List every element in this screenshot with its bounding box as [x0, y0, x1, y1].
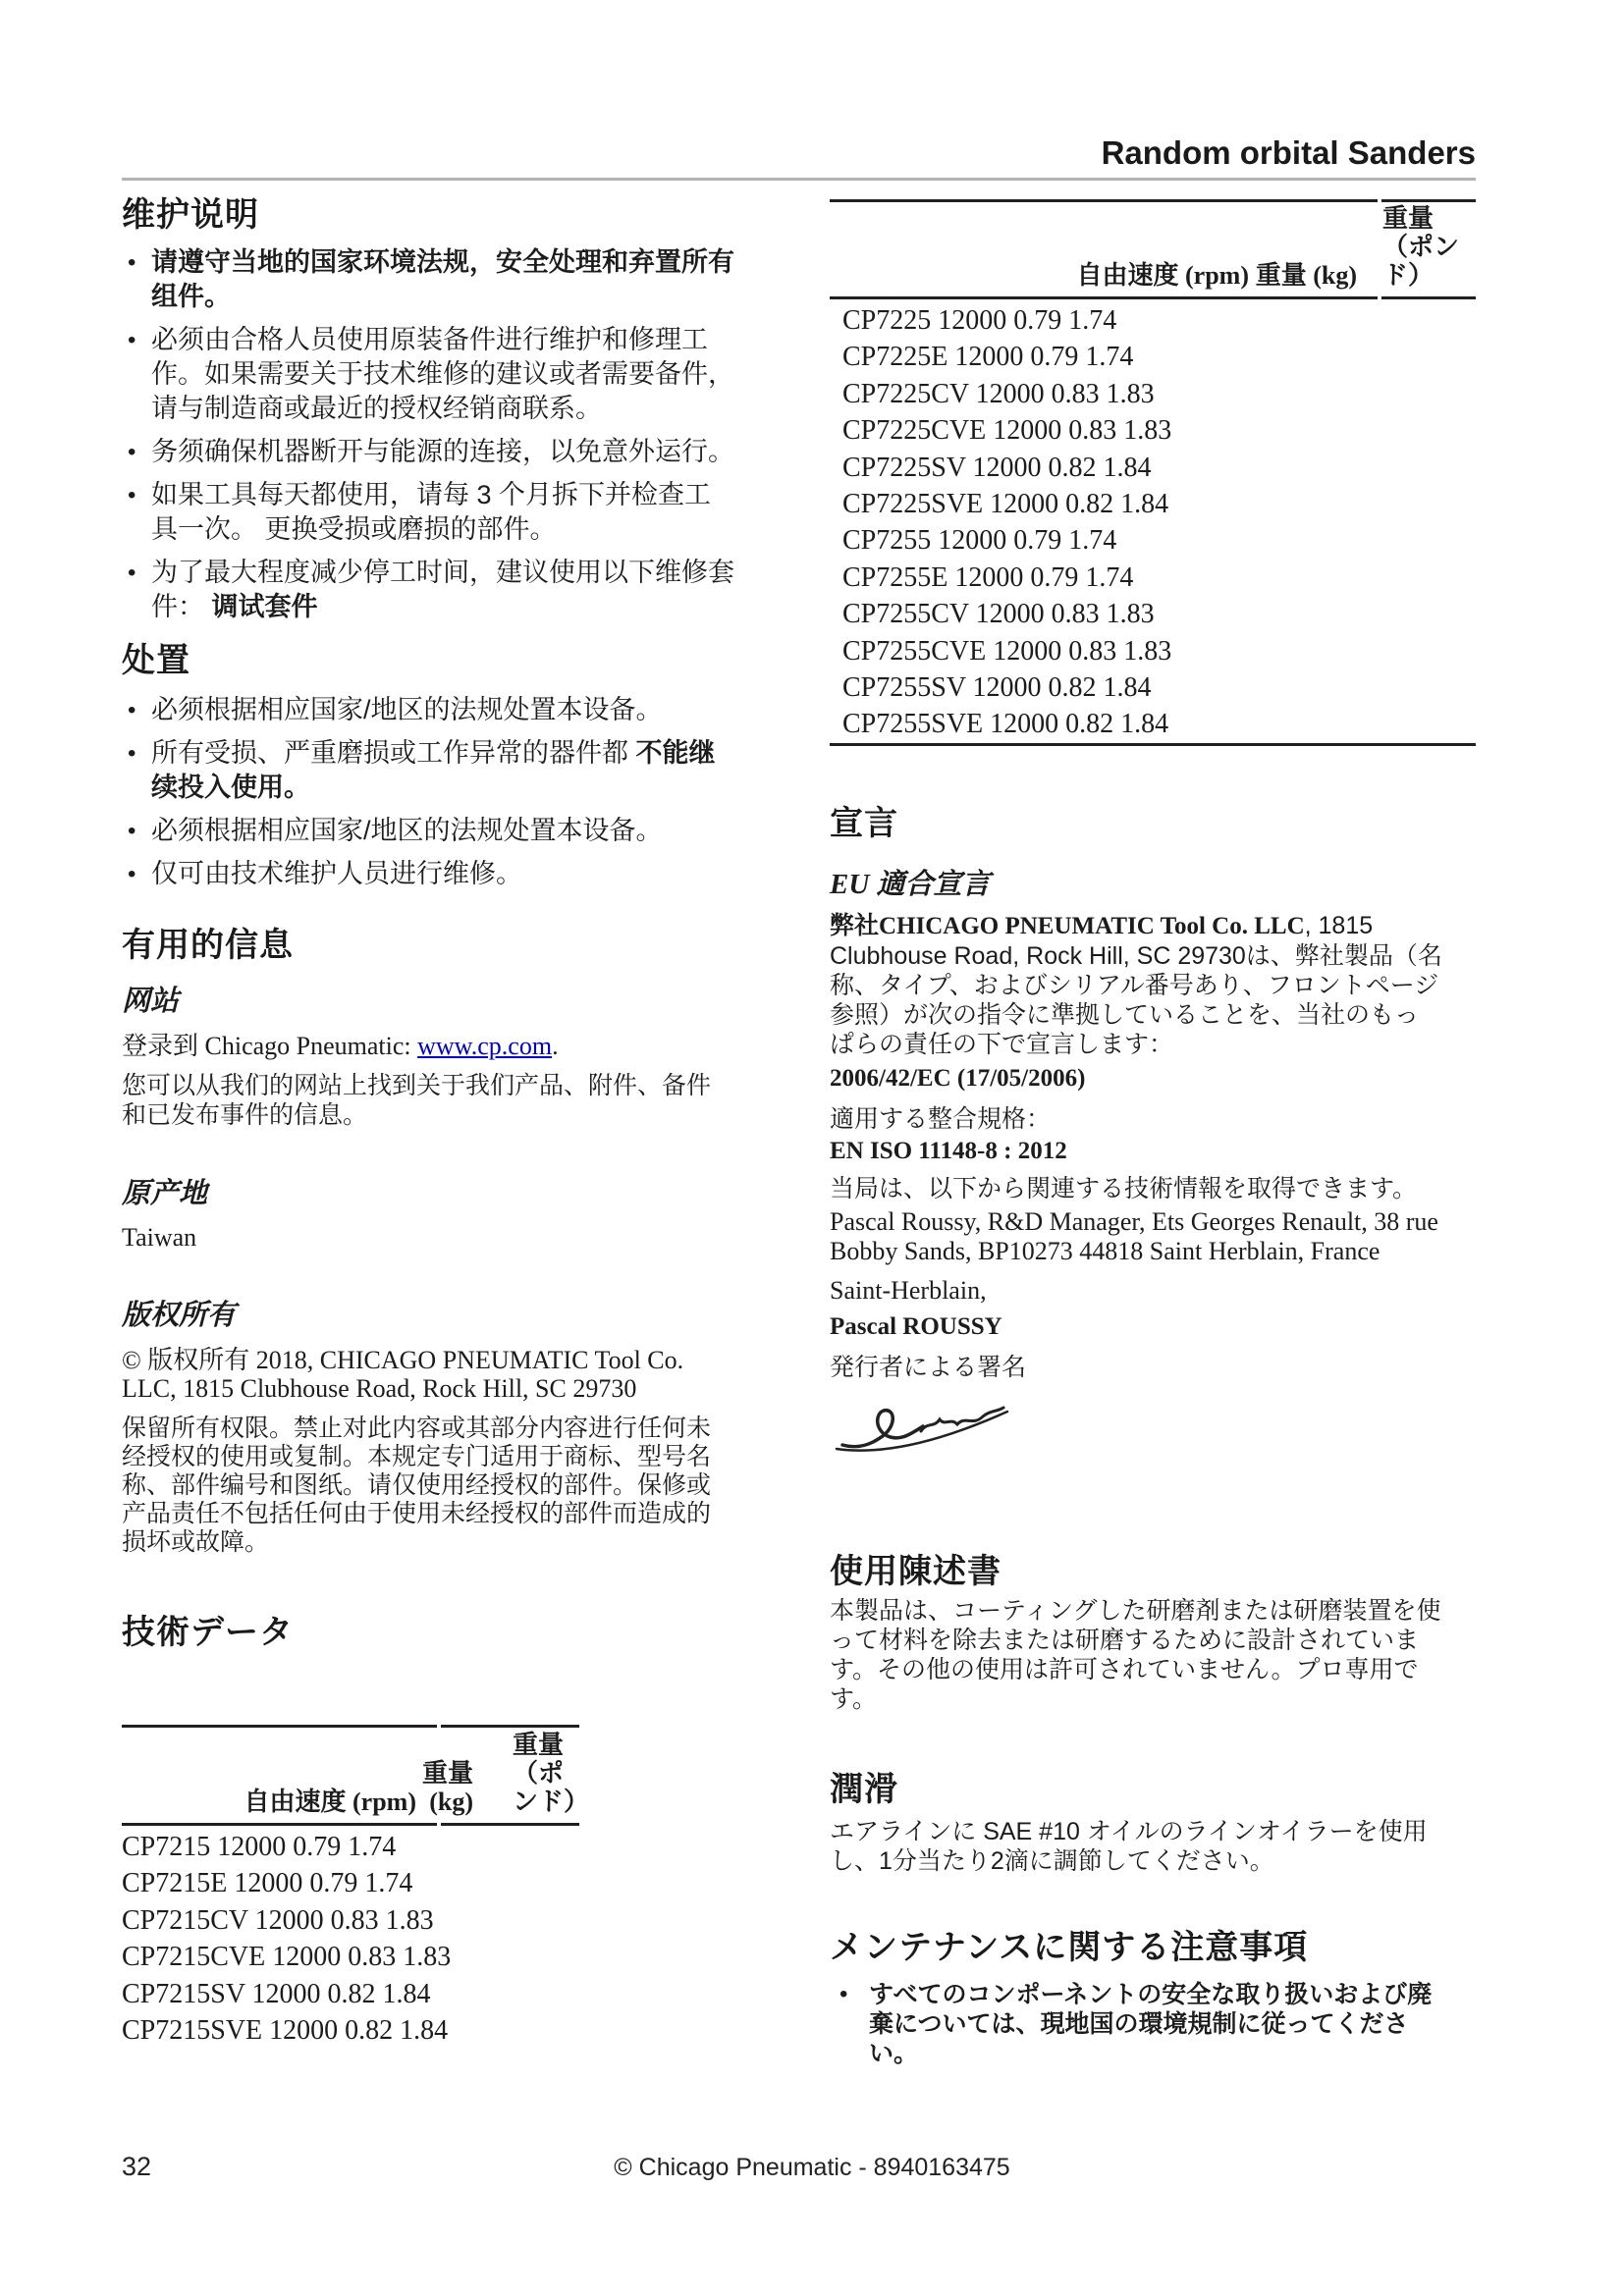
- list-item: 仅可由技术维护人员进行维修。: [122, 857, 734, 891]
- table-body: CP7215 12000 0.79 1.74 CP7215E 12000 0.7…: [122, 1826, 579, 2049]
- tech-table-right: 自由速度 (rpm) 重量 (kg) 重量（ポンド） CP7225 12000 …: [830, 199, 1476, 746]
- lubrication-body: エアラインに SAE #10 オイルのラインオイラーを使用し、1分当たり2滴に調…: [830, 1817, 1442, 1876]
- subsection-title-origin: 原产地: [122, 1179, 207, 1210]
- table-row: CP7225SVE 12000 0.82 1.84: [842, 486, 1476, 522]
- subsection-title-website: 网站: [122, 987, 179, 1018]
- list-item: 必须根据相应国家/地区的法规处置本设备。: [122, 693, 734, 727]
- bullet-text: 请遵守当地的国家环境法规，安全处理和弃置所有组件。: [151, 247, 734, 311]
- section-title-maintenance-notes: メンテナンスに関する注意事項: [830, 1930, 1308, 1966]
- contact-info: Pascal Roussy, R&D Manager, Ets Georges …: [830, 1207, 1442, 1266]
- table-row: CP7215SVE 12000 0.82 1.84: [122, 2012, 579, 2049]
- copyright-body: 保留所有权限。禁止对此内容或其部分内容进行任何未经授权的使用或复制。本规定专门适…: [122, 1415, 734, 1557]
- directive-number: 2006/42/EC (17/05/2006): [830, 1064, 1085, 1094]
- section-title-useful-info: 有用的信息: [122, 928, 294, 964]
- column-header-weight-kg: 重量 (kg): [1249, 261, 1357, 290]
- bullet-text: 必须根据相应国家/地区的法规处置本设备。: [151, 816, 663, 845]
- copyright-line: © 版权所有 2018, CHICAGO PNEUMATIC Tool Co. …: [122, 1346, 734, 1403]
- website-line: 登录到 Chicago Pneumatic: www.cp.com.: [122, 1032, 734, 1061]
- bullet-text: 务须确保机器断开与能源的连接，以免意外运行。: [151, 437, 734, 466]
- bullet-text: 如果工具每天都使用，请每 3 个月拆下并检查工具一次。 更换受损或磨损的部件。: [151, 480, 711, 544]
- table-row: CP7215SV 12000 0.82 1.84: [122, 1976, 579, 2012]
- table-header-row: 自由速度 (rpm) 重量 (kg) 重量（ポンド）: [122, 1728, 579, 1823]
- table-row: CP7255SV 12000 0.82 1.84: [842, 669, 1476, 706]
- manual-page: Random orbital Sanders 维护说明 请遵守当地的国家环境法规…: [0, 0, 1624, 2296]
- table-row: CP7255CVE 12000 0.83 1.83: [842, 633, 1476, 669]
- maintenance-notes-bullet-list: すべてのコンポーネントの安全な取り扱いおよび廃棄については、現地国の環境規制に従…: [830, 1980, 1442, 2077]
- list-item: 请遵守当地的国家环境法规，安全处理和弃置所有组件。: [122, 245, 734, 314]
- list-item: 必须由合格人员使用原装备件进行维护和修理工作。如果需要关于技术维修的建议或者需要…: [122, 323, 734, 426]
- cp-website-link[interactable]: www.cp.com: [417, 1032, 552, 1060]
- table-bottom-border: [830, 743, 1476, 746]
- table-row: CP7225SV 12000 0.82 1.84: [842, 450, 1476, 486]
- column-header-weight-lb: 重量（ポンド）: [1382, 204, 1476, 290]
- table-row: CP7255CV 12000 0.83 1.83: [842, 596, 1476, 632]
- column-header-free-speed: 自由速度 (rpm): [830, 261, 1249, 290]
- origin-value: Taiwan: [122, 1223, 196, 1253]
- column-header-weight-kg: 重量 (kg): [412, 1759, 473, 1816]
- section-title-lubrication: 潤滑: [830, 1772, 898, 1808]
- place-line: Saint-Herblain,: [830, 1276, 987, 1306]
- list-item: すべてのコンポーネントの安全な取り扱いおよび廃棄については、現地国の環境規制に従…: [830, 1980, 1442, 2068]
- section-title-tech-data: 技術データ: [122, 1615, 294, 1651]
- subsection-title-eu-declaration: EU 適合宣言: [830, 870, 991, 901]
- table-header-rule: [830, 296, 1476, 299]
- bullet-text-bold: 调试套件: [212, 592, 318, 621]
- signature-caption: 発行者による署名: [830, 1353, 1442, 1382]
- table-row: CP7255SVE 12000 0.82 1.84: [842, 706, 1476, 742]
- harmonized-standard: EN ISO 11148-8 : 2012: [830, 1137, 1067, 1166]
- website-suffix: .: [552, 1032, 559, 1060]
- list-item: 为了最大程度减少停工时间，建议使用以下维修套件： 调试套件: [122, 556, 734, 624]
- table-row: CP7255 12000 0.79 1.74: [842, 522, 1476, 559]
- table-row: CP7225CVE 12000 0.83 1.83: [842, 412, 1476, 449]
- subsection-title-copyright: 版权所有: [122, 1301, 236, 1332]
- disposal-bullet-list: 必须根据相应国家/地区的法规处置本设备。 所有受损、严重磨损或工作异常的器件都 …: [122, 693, 734, 900]
- table-header-row: 自由速度 (rpm) 重量 (kg) 重量（ポンド）: [830, 202, 1476, 296]
- bullet-text: すべてのコンポーネントの安全な取り扱いおよび廃棄については、現地国の環境規制に従…: [869, 1981, 1432, 2067]
- table-row: CP7215CV 12000 0.83 1.83: [122, 1902, 579, 1939]
- bullet-text: 必须由合格人员使用原装备件进行维护和修理工作。如果需要关于技术维修的建议或者需要…: [151, 325, 734, 423]
- tech-info-line: 当局は、以下から関連する技術情報を取得できます。: [830, 1174, 1442, 1203]
- column-header-weight-lb: 重量（ポンド）: [513, 1731, 581, 1816]
- table-row: CP7225E 12000 0.79 1.74: [842, 339, 1476, 375]
- maintenance-bullet-list: 请遵守当地的国家环境法规，安全处理和弃置所有组件。 必须由合格人员使用原装备件进…: [122, 245, 734, 633]
- table-header-rule: [122, 1823, 579, 1826]
- bullet-text: 所有受损、严重磨损或工作异常的器件都: [151, 738, 636, 768]
- list-item: 务须确保机器断开与能源的连接，以免意外运行。: [122, 435, 734, 469]
- list-item: 必须根据相应国家/地区的法规处置本设备。: [122, 814, 734, 848]
- section-title-maintenance: 维护说明: [122, 197, 259, 234]
- statement-body: 本製品は、コーティングした研磨剤または研磨装置を使って材料を除去または研磨するた…: [830, 1596, 1442, 1714]
- website-prefix: 登录到 Chicago Pneumatic:: [122, 1032, 417, 1060]
- list-item: 所有受损、严重磨损或工作异常的器件都 不能继续投入使用。: [122, 736, 734, 805]
- table-row: CP7215CVE 12000 0.83 1.83: [122, 1939, 579, 1975]
- table-row: CP7215 12000 0.79 1.74: [122, 1829, 579, 1865]
- website-description: 您可以从我们的网站上找到关于我们产品、附件、备件和已发布事件的信息。: [122, 1071, 734, 1130]
- eu-declaration-body: 弊社CHICAGO PNEUMATIC Tool Co. LLC, 1815 C…: [830, 911, 1442, 1059]
- tech-table-left: 自由速度 (rpm) 重量 (kg) 重量（ポンド） CP7215 12000 …: [122, 1725, 579, 2049]
- footer-copyright: © Chicago Pneumatic - 8940163475: [0, 2154, 1624, 2182]
- section-title-statement-of-use: 使用陳述書: [830, 1554, 1001, 1590]
- table-row: CP7255E 12000 0.79 1.74: [842, 560, 1476, 596]
- company-name-bold: 弊社CHICAGO PNEUMATIC Tool Co. LLC: [830, 913, 1305, 939]
- bullet-text: 必须根据相应国家/地区的法规处置本设备。: [151, 695, 663, 724]
- column-header-free-speed: 自由速度 (rpm): [122, 1788, 416, 1816]
- section-title-declaration: 宣言: [830, 806, 898, 842]
- table-body: CP7225 12000 0.79 1.74 CP7225E 12000 0.7…: [830, 299, 1476, 743]
- signature-image: [835, 1392, 1011, 1475]
- page-header-title: Random orbital Sanders: [830, 134, 1476, 172]
- signer-name: Pascal ROUSSY: [830, 1312, 1002, 1342]
- list-item: 如果工具每天都使用，请每 3 个月拆下并检查工具一次。 更换受损或磨损的部件。: [122, 478, 734, 547]
- bullet-text: 仅可由技术维护人员进行维修。: [151, 859, 522, 888]
- table-row: CP7225CV 12000 0.83 1.83: [842, 376, 1476, 412]
- section-title-disposal: 处置: [122, 643, 190, 679]
- standards-label: 適用する整合規格：: [830, 1104, 1442, 1134]
- table-row: CP7225 12000 0.79 1.74: [842, 302, 1476, 339]
- table-row: CP7215E 12000 0.79 1.74: [122, 1865, 579, 1901]
- header-rule: [122, 178, 1476, 181]
